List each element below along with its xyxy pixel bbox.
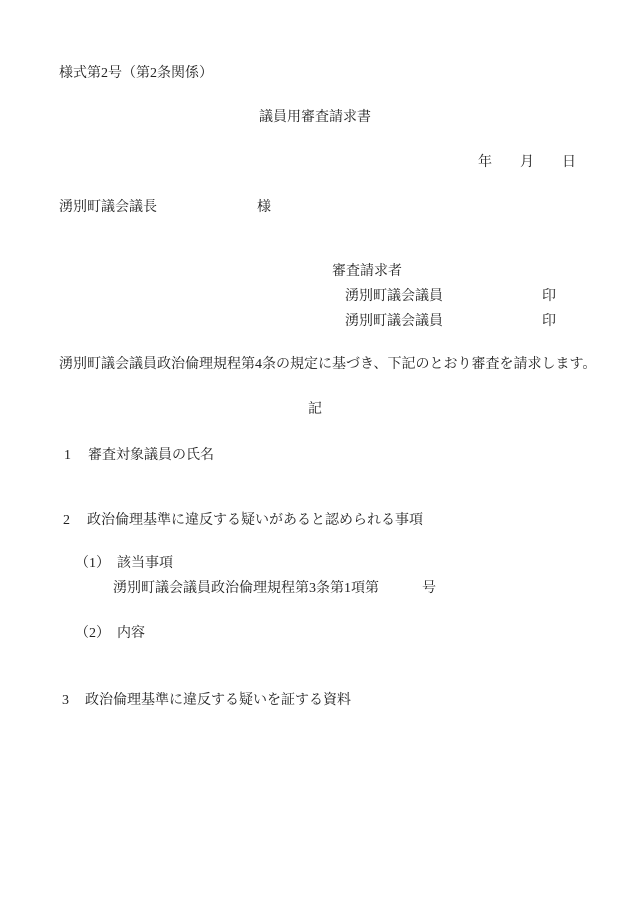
addressee-name: 湧別町議会議長 bbox=[59, 201, 157, 215]
document-page: 様式第2号（第2条関係） 議員用審査請求書 年 月 日 湧別町議会議長 様 審査… bbox=[0, 0, 630, 915]
item-text: 政治倫理基準に違反する疑いを証する資料 bbox=[85, 694, 351, 708]
item-number: 2 bbox=[63, 514, 70, 528]
document-title: 議員用審査請求書 bbox=[0, 111, 630, 125]
body-paragraph: 湧別町議会議員政治倫理規程第4条の規定に基づき、下記のとおり審査を請求します。 bbox=[59, 358, 596, 372]
item-text: 審査対象議員の氏名 bbox=[88, 449, 214, 463]
item-number: 3 bbox=[62, 694, 69, 708]
requester-label: 審査請求者 bbox=[332, 265, 402, 279]
item-text: 政治倫理基準に違反する疑いがあると認められる事項 bbox=[87, 514, 423, 528]
subitem-number: （1） bbox=[75, 557, 110, 571]
subitem-label: 内容 bbox=[117, 627, 145, 641]
record-marker: 記 bbox=[0, 403, 630, 417]
form-number: 様式第2号（第2条関係） bbox=[59, 67, 213, 81]
requester-row-seal: 印 bbox=[542, 290, 556, 304]
requester-row-name: 湧別町議会議員 bbox=[345, 315, 443, 329]
requester-row-name: 湧別町議会議員 bbox=[345, 290, 443, 304]
date-line: 年 月 日 bbox=[478, 156, 576, 170]
addressee-honorific: 様 bbox=[257, 201, 271, 215]
requester-row-seal: 印 bbox=[542, 315, 556, 329]
subitem-number: （2） bbox=[75, 627, 110, 641]
subitem-detail-suffix: 号 bbox=[422, 582, 436, 596]
item-number: 1 bbox=[64, 449, 71, 463]
subitem-label: 該当事項 bbox=[117, 557, 173, 571]
subitem-detail: 湧別町議会議員政治倫理規程第3条第1項第 bbox=[113, 582, 379, 596]
